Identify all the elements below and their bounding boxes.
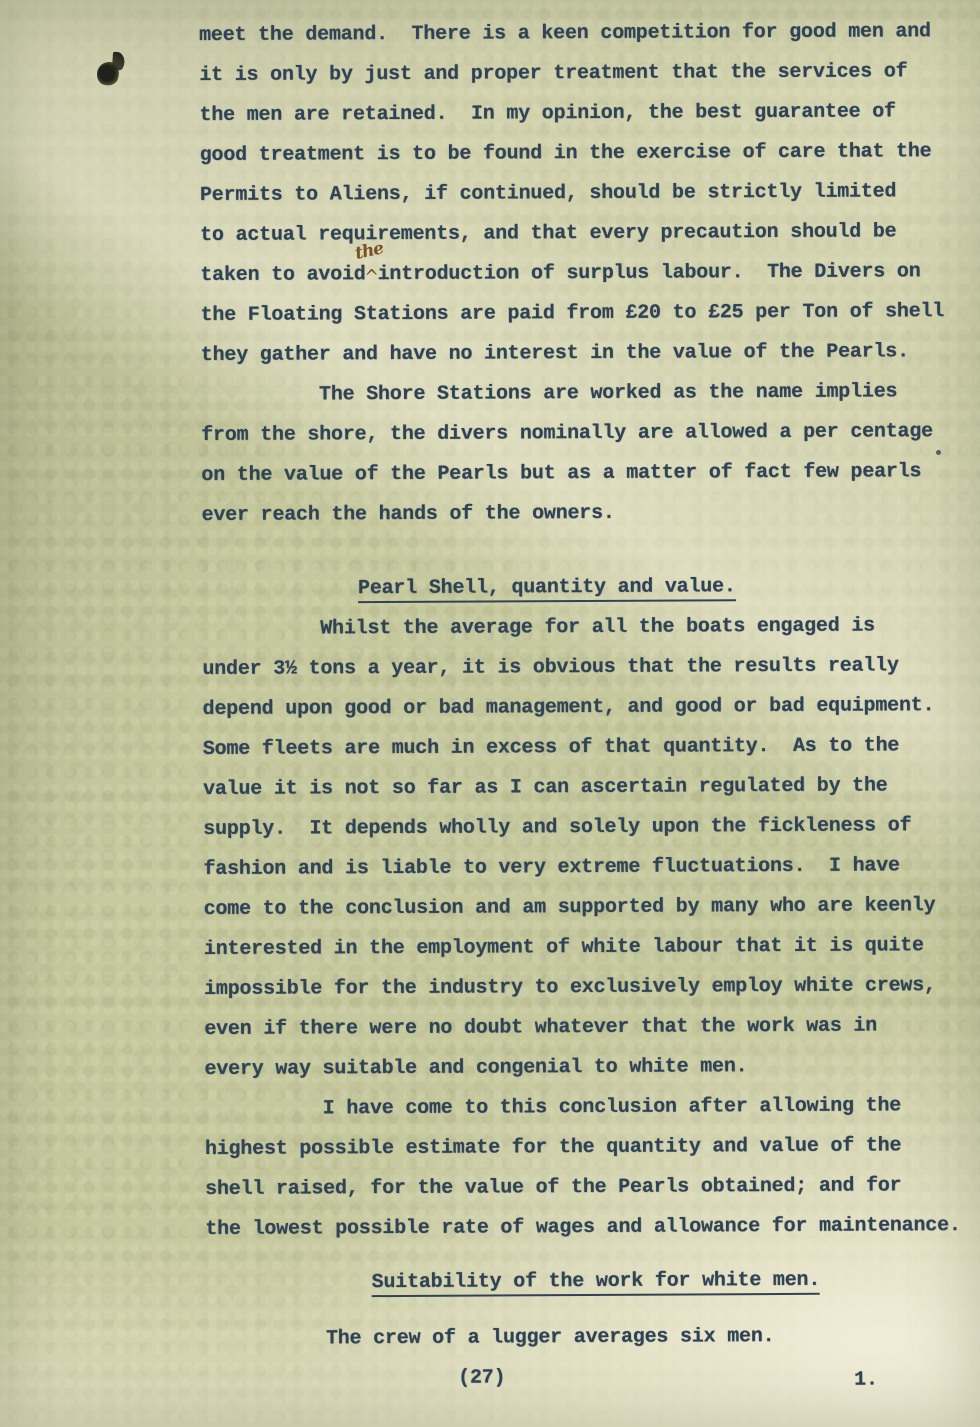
heading-text: Pearl Shell, quantity and value. <box>358 575 736 603</box>
typed-line: depend upon good or bad management, and … <box>203 686 973 730</box>
page-number: 1. <box>854 1360 878 1400</box>
typed-line: it is only by just and proper treatment … <box>199 52 969 96</box>
document-page: meet the demand. There is a keen competi… <box>0 0 980 1427</box>
typed-line: on the value of the Pearls but as a matt… <box>201 452 971 496</box>
handwritten-insertion: the <box>354 240 385 263</box>
typed-line: The crew of a lugger averages six men. <box>206 1316 976 1360</box>
typed-line: impossible for the industry to exclusive… <box>204 966 974 1010</box>
typed-line: meet the demand. There is a keen competi… <box>199 12 969 56</box>
typed-line: Whilst the average for all the boats eng… <box>202 606 972 650</box>
page-reference: (27) <box>458 1358 505 1398</box>
typed-line: the Floating Stations are paid from £20 … <box>200 292 970 336</box>
typed-line: Some fleets are much in excess of that q… <box>203 726 973 770</box>
typed-line: they gather and have no interest in the … <box>201 332 971 376</box>
typed-line: come to the conclusion and am supported … <box>204 886 974 930</box>
heading-text: Suitability of the work for white men. <box>372 1269 821 1297</box>
typed-line: ever reach the hands of the owners. <box>202 492 972 536</box>
typed-text: introduction of surplus labour. The Dive… <box>378 260 921 286</box>
typed-line: every way suitable and congenial to whit… <box>204 1046 974 1090</box>
typed-line: the lowest possible rate of wages and al… <box>205 1206 975 1250</box>
typed-line: taken to avoid^theintroduction of surplu… <box>200 252 970 296</box>
typed-line: Permits to Aliens, if continued, should … <box>200 172 970 216</box>
typed-line: value it is not so far as I can ascertai… <box>203 766 973 810</box>
section-heading: Suitability of the work for white men. <box>206 1260 976 1304</box>
typed-line: under 3½ tons a year, it is obvious that… <box>202 646 972 690</box>
section-heading: Pearl Shell, quantity and value. <box>202 566 972 610</box>
typed-line: shell raised, for the value of the Pearl… <box>205 1166 975 1210</box>
caret-mark: ^ <box>365 268 379 288</box>
typed-line: to actual requirements, and that every p… <box>200 212 970 256</box>
typed-line: good treatment is to be found in the exe… <box>200 132 970 176</box>
typed-line: interested in the employment of white la… <box>204 926 974 970</box>
typed-line: highest possible estimate for the quanti… <box>205 1126 975 1170</box>
typed-line: fashion and is liable to very extreme fl… <box>203 846 973 890</box>
typed-line: even if there were no doubt whatever tha… <box>204 1006 974 1050</box>
typed-line: supply. It depends wholly and solely upo… <box>203 806 973 850</box>
ink-blot <box>86 45 133 96</box>
footer: (27) 1. <box>206 1356 976 1400</box>
typed-line: The Shore Stations are worked as the nam… <box>201 372 971 416</box>
typed-line: from the shore, the divers nominally are… <box>201 412 971 456</box>
typed-line: I have come to this conclusion after all… <box>205 1086 975 1130</box>
typed-line: the men are retained. In my opinion, the… <box>199 92 969 136</box>
typed-text: taken to avoid <box>200 263 365 287</box>
typed-content: meet the demand. There is a keen competi… <box>199 12 976 1400</box>
